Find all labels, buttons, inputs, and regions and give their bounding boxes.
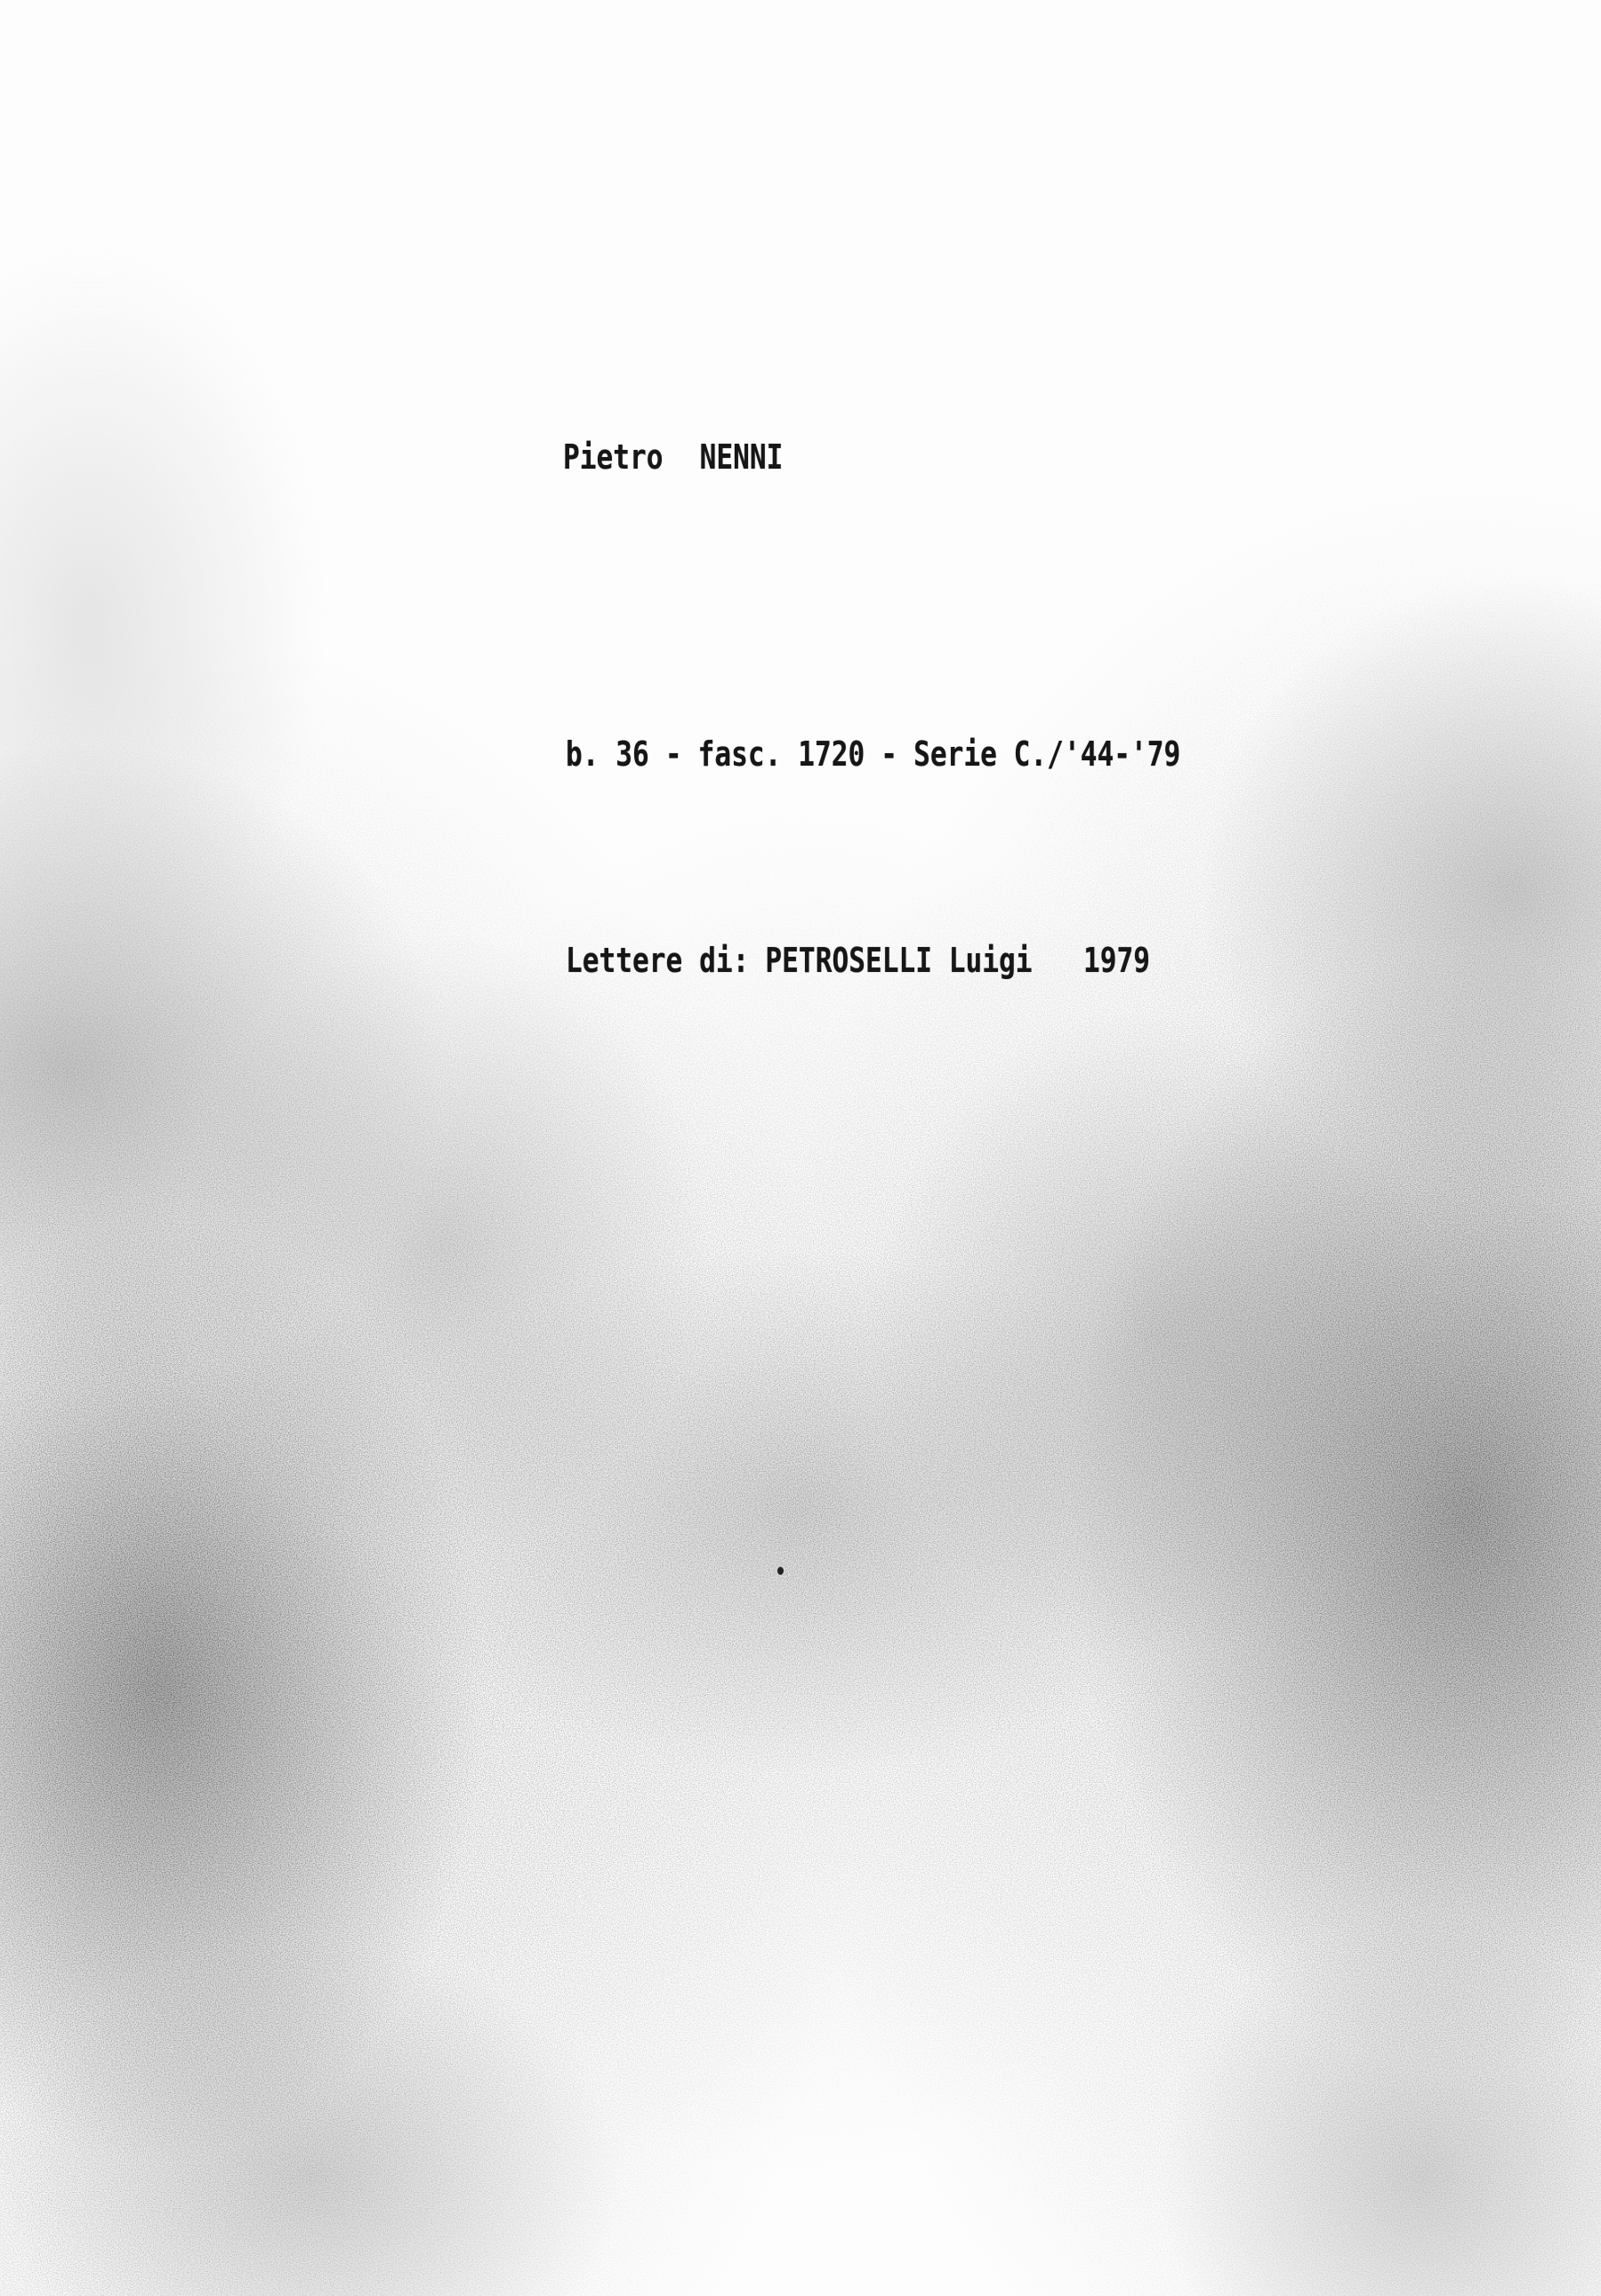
separator-dash: - bbox=[665, 735, 682, 774]
fascicolo-number: fasc. 1720 bbox=[698, 735, 865, 774]
letters-line: Lettere di:PETROSELLI Luigi1979 bbox=[566, 941, 1150, 980]
document-page: PietroNENNI b. 36-fasc. 1720-Serie C./'4… bbox=[0, 0, 1601, 2296]
scan-shadow-overlay bbox=[0, 0, 1601, 2296]
author-line: PietroNENNI bbox=[563, 438, 783, 477]
busta-number: b. 36 bbox=[566, 735, 649, 774]
correspondent-name: PETROSELLI Luigi bbox=[765, 941, 1032, 980]
letters-year: 1979 bbox=[1083, 941, 1150, 980]
serie-label: Serie C./'44-'79 bbox=[913, 735, 1180, 774]
separator-dash: - bbox=[881, 735, 897, 774]
archive-reference-line: b. 36-fasc. 1720-Serie C./'44-'79 bbox=[566, 735, 1180, 774]
photocopy-grain-texture bbox=[0, 0, 1601, 2296]
author-last-name: NENNI bbox=[700, 438, 784, 477]
ink-speck bbox=[777, 1567, 784, 1575]
author-first-name: Pietro bbox=[563, 438, 664, 477]
letters-label: Lettere di: bbox=[566, 941, 749, 980]
